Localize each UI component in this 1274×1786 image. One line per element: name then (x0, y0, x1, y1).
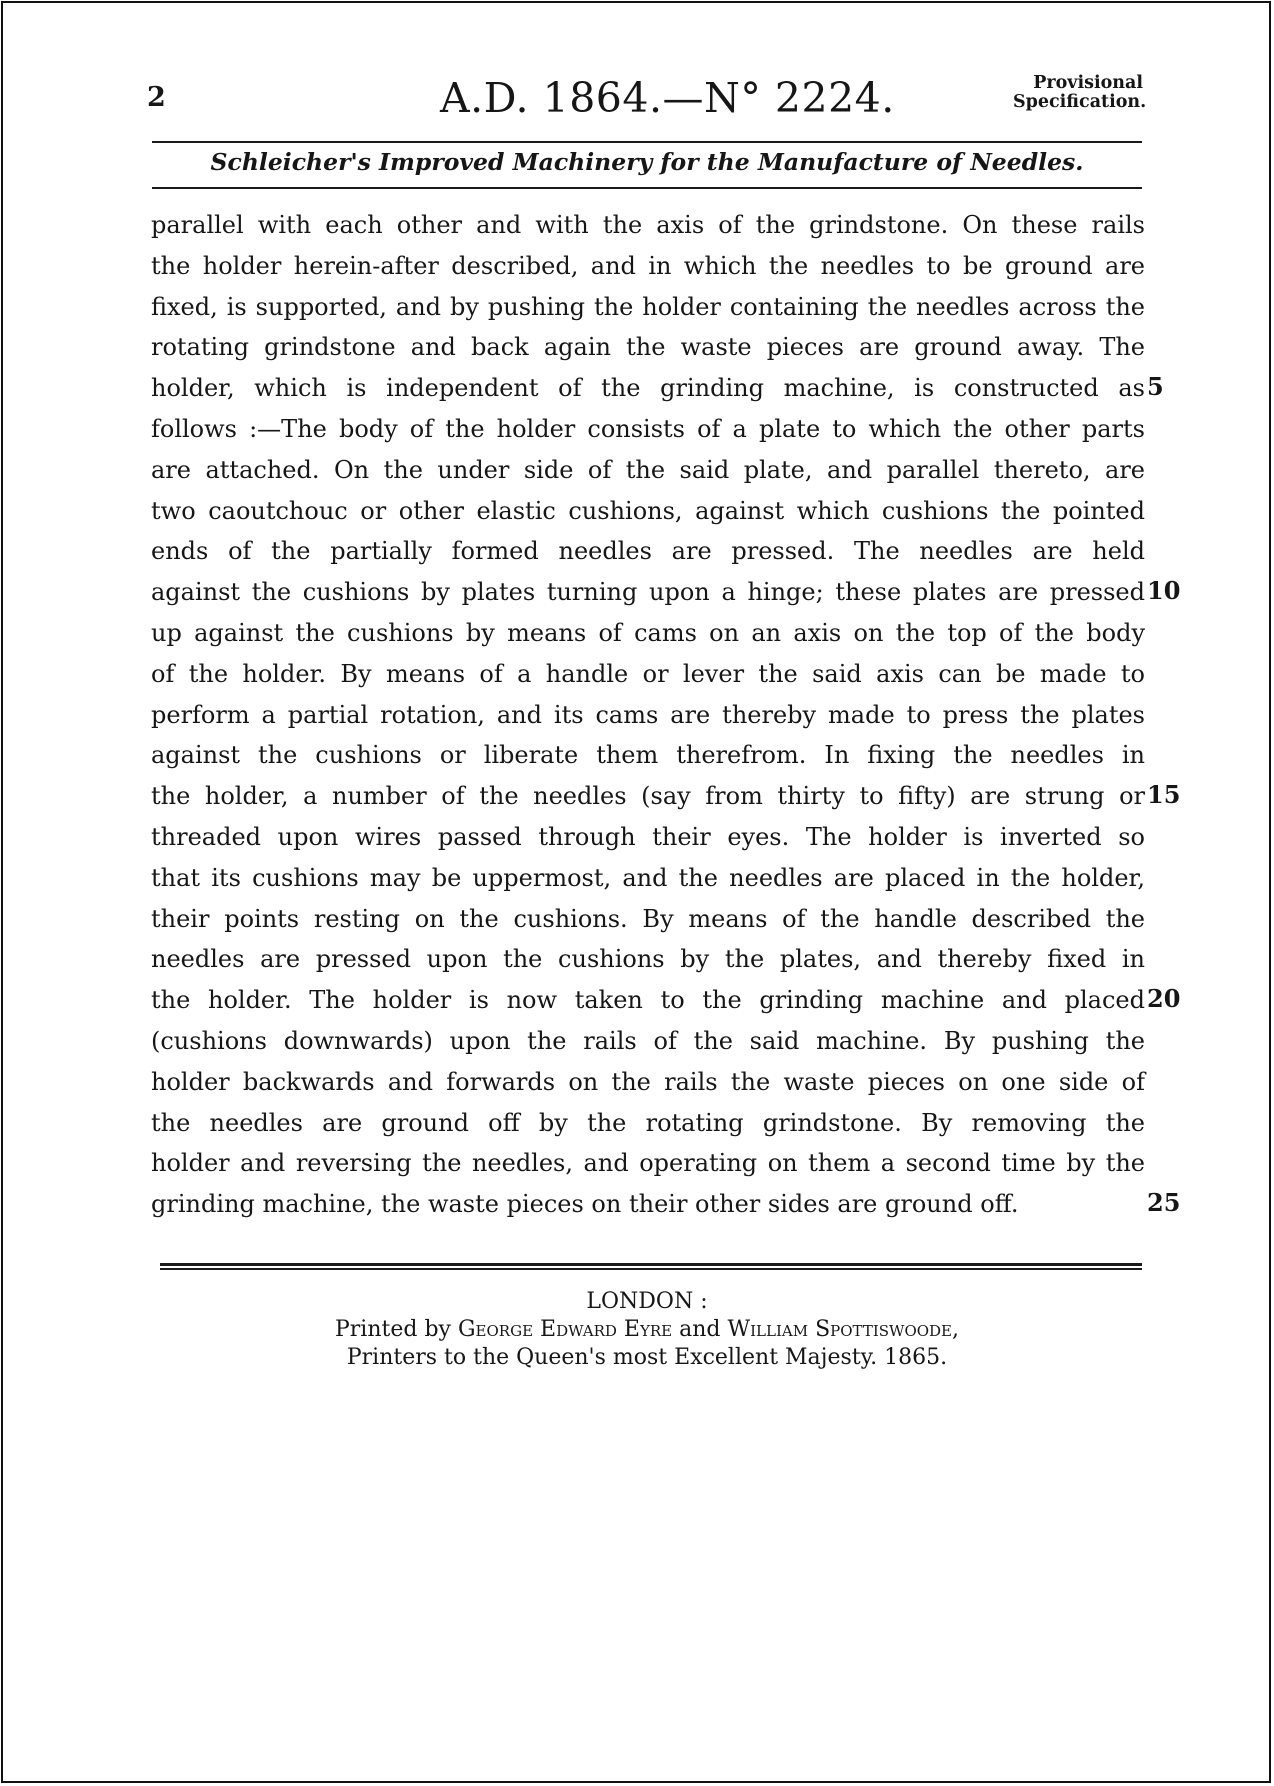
text-line: holder backwards and forwards on the rai… (151, 1064, 1145, 1105)
imprint-city: LONDON : (152, 1288, 1142, 1316)
text-line: (cushions downwards) upon the rails of t… (151, 1023, 1145, 1064)
text-line: two caoutchouc or other elastic cushions… (151, 493, 1145, 534)
text-line: holder, which is independent of the grin… (151, 370, 1145, 411)
text-line: against the cushions or liberate them th… (151, 737, 1145, 778)
page-title: A.D. 1864.—N° 2224. (440, 74, 895, 122)
text-line: holder and reversing the needles, and op… (151, 1145, 1145, 1186)
page-number: 2 (147, 82, 166, 113)
text-line: are attached. On the under side of the s… (151, 452, 1145, 493)
section-label-line2: Specification. (1013, 93, 1143, 112)
printer-name: William Spottiswoode, (728, 1317, 960, 1342)
text-line: follows :—The body of the holder consist… (151, 411, 1145, 452)
imprint-line3: Printers to the Queen's most Excellent M… (152, 1344, 1142, 1372)
running-subtitle: Schleicher's Improved Machinery for the … (152, 148, 1142, 176)
imprint-printers: Printed by George Edward Eyre and Willia… (152, 1316, 1142, 1344)
header-rule (152, 141, 1142, 143)
text-line: rotating grindstone and back again the w… (151, 329, 1145, 370)
text-line: that its cushions may be uppermost, and … (151, 860, 1145, 901)
line-number-marker: 10 (1147, 576, 1180, 605)
text-line: of the holder. By means of a handle or l… (151, 656, 1145, 697)
text-line: needles are pressed upon the cushions by… (151, 941, 1145, 982)
text-line: fixed, is supported, and by pushing the … (151, 289, 1145, 330)
text-line: the holder herein-after described, and i… (151, 248, 1145, 289)
line-number-marker: 25 (1147, 1188, 1180, 1217)
text-line: up against the cushions by means of cams… (151, 615, 1145, 656)
subtitle-rule (152, 187, 1142, 189)
text-line: parallel with each other and with the ax… (151, 207, 1145, 248)
line-number-marker: 20 (1147, 984, 1180, 1013)
text-line: the holder. The holder is now taken to t… (151, 982, 1145, 1023)
section-label-line1: Provisional (1013, 74, 1143, 93)
line-number-marker: 5 (1147, 372, 1164, 401)
text-line: against the cushions by plates turning u… (151, 574, 1145, 615)
patent-page: 2 A.D. 1864.—N° 2224. Provisional Specif… (0, 0, 1274, 1786)
printer-name: George Edward Eyre (458, 1317, 672, 1342)
text-line: threaded upon wires passed through their… (151, 819, 1145, 860)
text-line: perform a partial rotation, and its cams… (151, 697, 1145, 738)
body-text: parallel with each other and with the ax… (151, 207, 1145, 1227)
text-line: the needles are ground off by the rotati… (151, 1105, 1145, 1146)
section-label: Provisional Specification. (1013, 74, 1143, 112)
imprint: LONDON : Printed by George Edward Eyre a… (152, 1288, 1142, 1372)
line-number-marker: 15 (1147, 780, 1180, 809)
text-line: grinding machine, the waste pieces on th… (151, 1186, 1145, 1227)
footer-double-rule (160, 1263, 1142, 1270)
text-line: ends of the partially formed needles are… (151, 533, 1145, 574)
text-line: their points resting on the cushions. By… (151, 901, 1145, 942)
text-line: the holder, a number of the needles (say… (151, 778, 1145, 819)
